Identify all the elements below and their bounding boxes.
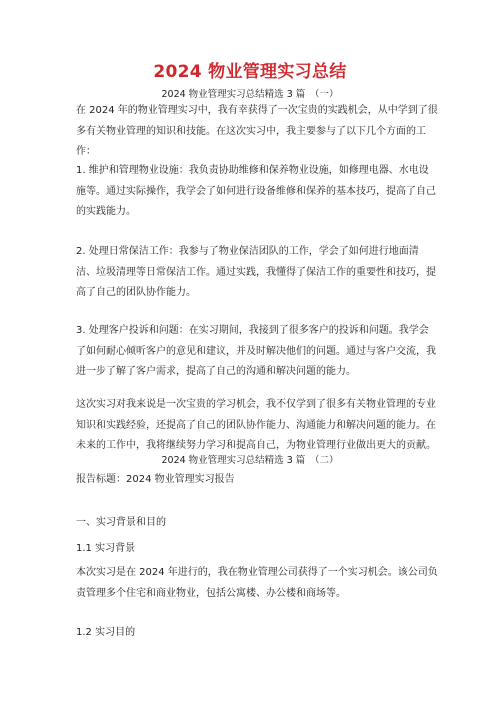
section-one-subtitle: 2024 物业管理实习总结精选 3 篇 （一） bbox=[0, 88, 500, 102]
heading-internship-purpose: 1.2 实习目的 bbox=[76, 626, 135, 640]
document-title: 2024 物业管理实习总结 bbox=[0, 60, 500, 84]
work-item-3: 3. 处理客户投诉和问题：在实习期间，我接到了很多客户的投诉和问题。我学会了如何… bbox=[76, 321, 438, 383]
heading-internship-background: 1.1 实习背景 bbox=[76, 542, 135, 556]
background-paragraph: 本次实习是在 2024 年进行的，我在物业管理公司获得了一个实习机会。该公司负责… bbox=[76, 563, 438, 604]
conclusion-paragraph: 这次实习对我来说是一次宝贵的学习机会，我不仅学到了很多有关物业管理的专业知识和实… bbox=[76, 395, 438, 457]
section-two-subtitle: 2024 物业管理实习总结精选 3 篇 （二） bbox=[0, 454, 500, 468]
intro-paragraph: 在 2024 年的物业管理实习中，我有幸获得了一次宝贵的实践机会，从中学到了很多… bbox=[76, 101, 438, 163]
report-title: 报告标题：2024 物业管理实习报告 bbox=[76, 473, 235, 487]
work-item-2: 2. 处理日常保洁工作：我参与了物业保洁团队的工作，学会了如何进行地面清洁、垃圾… bbox=[76, 242, 438, 304]
document-page: 2024 物业管理实习总结 2024 物业管理实习总结精选 3 篇 （一） 在 … bbox=[0, 0, 500, 707]
heading-background-and-purpose: 一、实习背景和目的 bbox=[76, 516, 166, 530]
work-item-1: 1. 维护和管理物业设施：我负责协助维修和保养物业设施，如修理电器、水电设施等。… bbox=[76, 161, 438, 223]
